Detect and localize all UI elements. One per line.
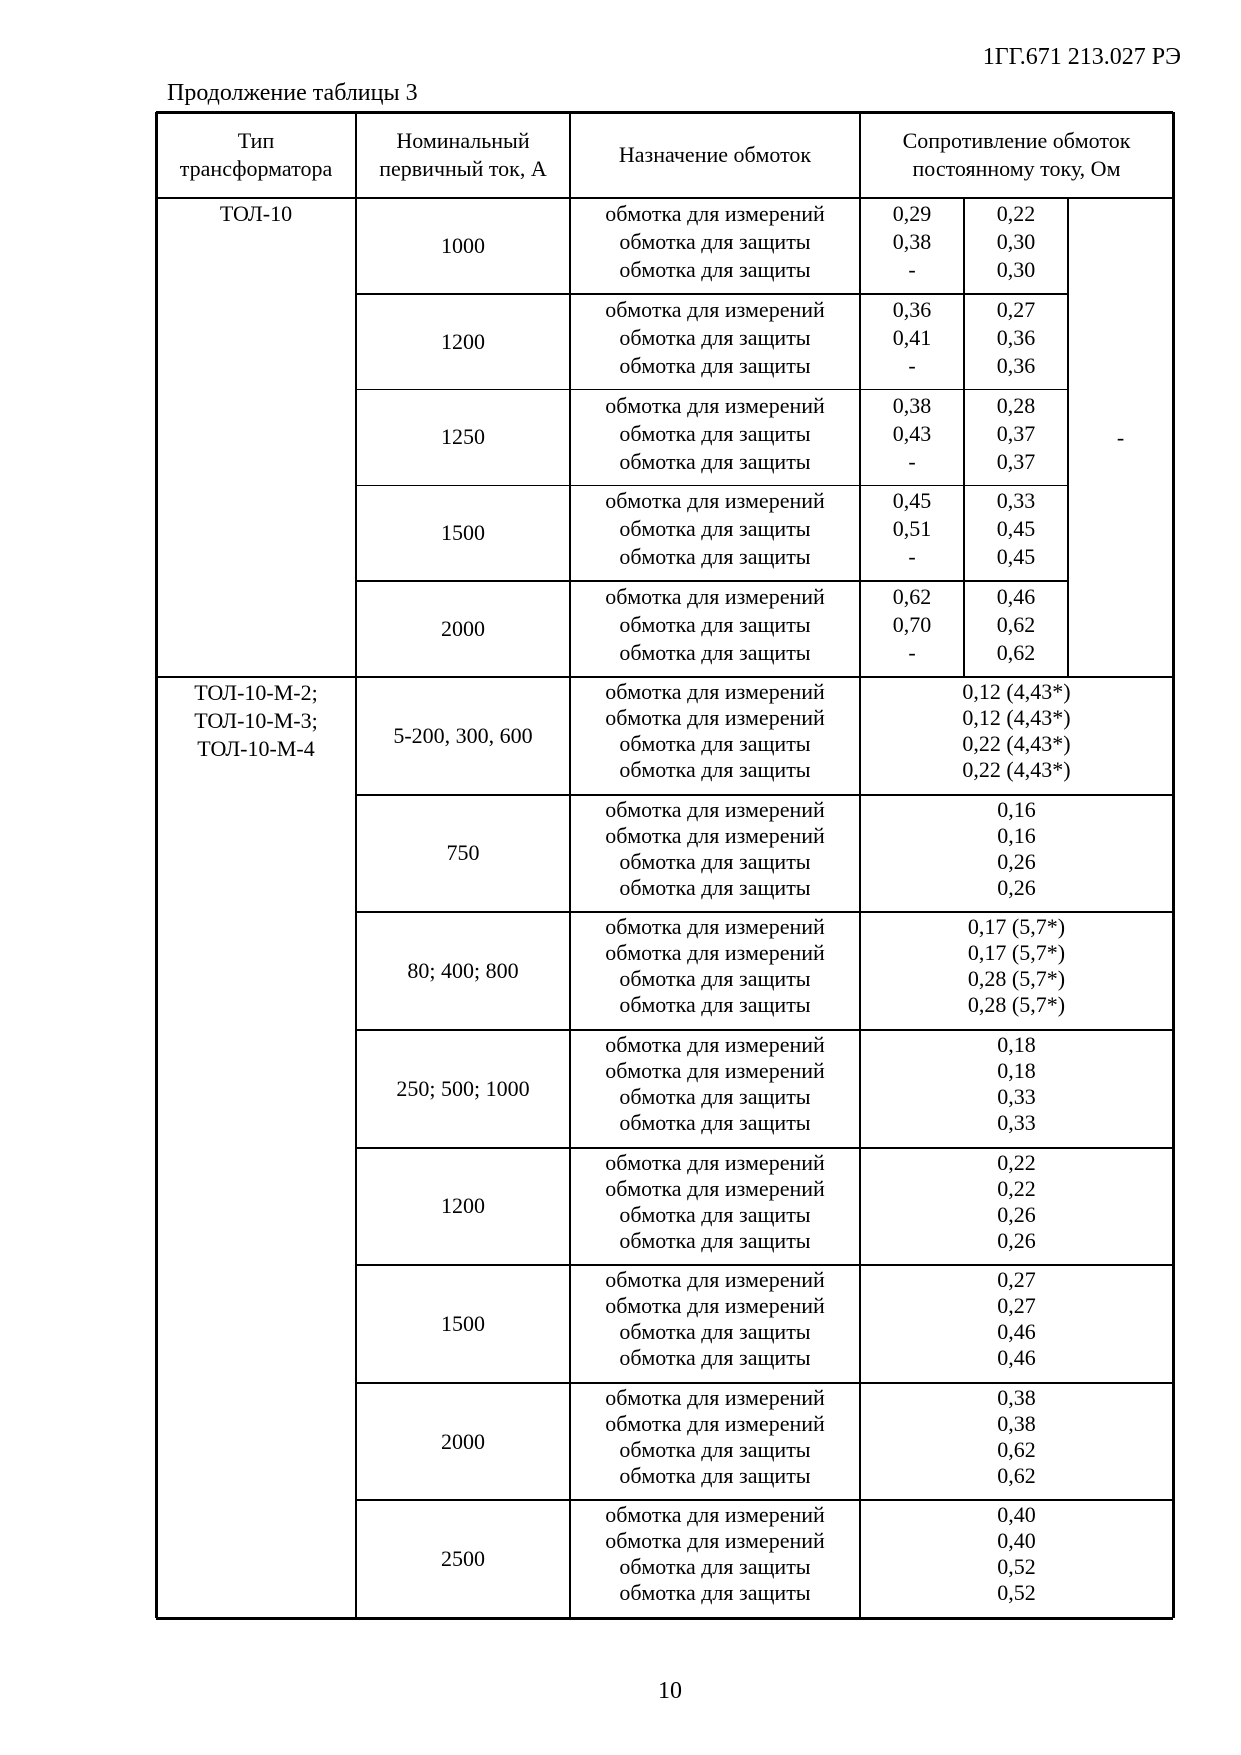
grid-line-h [356, 389, 1068, 391]
cell-line: обмотка для измерений [605, 1058, 825, 1084]
cell-line: 0,27 [997, 1267, 1036, 1293]
cell-line: обмотка для измерений [605, 392, 825, 420]
cell-line: - [908, 543, 915, 571]
cell-line: 0,18 [997, 1058, 1036, 1084]
winding-purpose: обмотка для измеренийобмотка для измерен… [570, 795, 860, 913]
resistance-col-1: 0,620,70- [860, 581, 964, 677]
nominal-current: 1000 [356, 198, 570, 294]
cell-line: 0,16 [997, 797, 1036, 823]
resistance-value: 0,220,220,260,26 [860, 1148, 1173, 1266]
cell-line: обмотка для измерений [605, 679, 825, 705]
cell-line: 0,26 [997, 1202, 1036, 1228]
cell-line: 0,45 [997, 543, 1036, 571]
winding-purpose: обмотка для измеренийобмотка для измерен… [570, 1265, 860, 1383]
cell-line: обмотка для защиты [619, 611, 810, 639]
nominal-current: 250; 500; 1000 [356, 1030, 570, 1148]
resistance-value: 0,400,400,520,52 [860, 1500, 1173, 1618]
cell-line: 0,27 [997, 1293, 1036, 1319]
cell-line: 0,46 [997, 583, 1036, 611]
resistance-value: 0,160,160,260,26 [860, 795, 1173, 913]
cell-line: 0,37 [997, 420, 1036, 448]
grid-line-h [356, 911, 1173, 913]
cell-line: обмотка для измерений [605, 1150, 825, 1176]
cell-line: 0,62 [997, 611, 1036, 639]
cell-line: обмотка для защиты [619, 992, 810, 1018]
winding-purpose: обмотка для измеренийобмотка для измерен… [570, 1030, 860, 1148]
cell-line: обмотка для защиты [619, 1228, 810, 1254]
cell-line: обмотка для защиты [619, 515, 810, 543]
cell-line: 0,62 [997, 1437, 1036, 1463]
cell-line: 0,33 [997, 1084, 1036, 1110]
cell-line: обмотка для защиты [619, 1110, 810, 1136]
cell-line: 0,28 (5,7*) [968, 966, 1065, 992]
cell-line: 0,17 (5,7*) [968, 940, 1065, 966]
cell-line: обмотка для защиты [619, 731, 810, 757]
grid-line-h [156, 111, 1173, 114]
winding-purpose: обмотка для измеренийобмотка для защитыо… [570, 485, 860, 581]
cell-line: 0,43 [893, 420, 932, 448]
cell-line: 0,38 [997, 1411, 1036, 1437]
transformer-type: ТОЛ-10 [156, 198, 356, 677]
resistance-col-1: 0,290,38- [860, 198, 964, 294]
cell-line: обмотка для защиты [619, 352, 810, 380]
grid-line-h [356, 1147, 1173, 1149]
nominal-current: 2500 [356, 1500, 570, 1618]
cell-line: 0,38 [997, 1385, 1036, 1411]
cell-line: обмотка для измерений [605, 1502, 825, 1528]
grid-line-v [1172, 112, 1175, 1618]
cell-line: обмотка для измерений [605, 1267, 825, 1293]
winding-purpose: обмотка для измеренийобмотка для измерен… [570, 1383, 860, 1501]
winding-purpose: обмотка для измеренийобмотка для измерен… [570, 1500, 860, 1618]
page-number: 10 [0, 1678, 1241, 1705]
resistance-value: 0,380,380,620,62 [860, 1383, 1173, 1501]
cell-line: Тип [238, 127, 274, 155]
cell-line: 0,52 [997, 1580, 1036, 1606]
cell-line: обмотка для измерений [605, 200, 825, 228]
cell-line: обмотка для измерений [605, 914, 825, 940]
grid-line-v [355, 112, 358, 1618]
grid-line-h [356, 485, 1068, 487]
nominal-current: 1200 [356, 294, 570, 390]
grid-line-h [156, 197, 1173, 199]
cell-line: 0,28 [997, 392, 1036, 420]
resistance-col-2: 0,460,620,62 [964, 581, 1068, 677]
column-header: Номинальныйпервичный ток, А [356, 112, 570, 198]
resistance-value: 0,17 (5,7*)0,17 (5,7*)0,28 (5,7*)0,28 (5… [860, 912, 1173, 1030]
cell-line: ТОЛ-10-М-2; [194, 679, 318, 707]
cell-line: - [908, 352, 915, 380]
cell-line: 0,16 [997, 823, 1036, 849]
resistance-col-1: 0,450,51- [860, 485, 964, 581]
cell-line: - [908, 448, 915, 476]
winding-purpose: обмотка для измеренийобмотка для защитыо… [570, 581, 860, 677]
cell-line: обмотка для защиты [619, 420, 810, 448]
cell-line: обмотка для защиты [619, 1554, 810, 1580]
cell-line: обмотка для защиты [619, 1345, 810, 1371]
cell-line: 0,33 [997, 487, 1036, 515]
cell-line: 0,36 [893, 296, 932, 324]
grid-line-v [569, 112, 572, 1618]
cell-line: 0,22 [997, 1150, 1036, 1176]
cell-line: - [908, 639, 915, 667]
cell-line: 0,40 [997, 1528, 1036, 1554]
cell-line: обмотка для защиты [619, 849, 810, 875]
document-code: 1ГГ.671 213.027 РЭ [983, 44, 1181, 71]
cell-line: Сопротивление обмоток [903, 127, 1131, 155]
grid-line-h [356, 580, 1068, 582]
cell-line: обмотка для защиты [619, 757, 810, 783]
nominal-current: 5-200, 300, 600 [356, 677, 570, 795]
cell-line: обмотка для защиты [619, 966, 810, 992]
cell-line: 0,46 [997, 1345, 1036, 1371]
winding-purpose: обмотка для измеренийобмотка для измерен… [570, 912, 860, 1030]
cell-line: 0,22 [997, 200, 1036, 228]
cell-line: 0,62 [893, 583, 932, 611]
cell-line: 0,22 (4,43*) [962, 731, 1070, 757]
grid-line-h [356, 293, 1068, 295]
resistance-col-1: 0,360,41- [860, 294, 964, 390]
nominal-current: 750 [356, 795, 570, 913]
cell-line: 0,17 (5,7*) [968, 914, 1065, 940]
cell-line: 0,52 [997, 1554, 1036, 1580]
transformer-type: ТОЛ-10-М-2;ТОЛ-10-М-3;ТОЛ-10-М-4 [156, 677, 356, 1618]
cell-line: обмотка для измерений [605, 1411, 825, 1437]
winding-purpose: обмотка для измеренийобмотка для защитыо… [570, 198, 860, 294]
grid-line-v [1067, 198, 1070, 677]
cell-line: обмотка для защиты [619, 1202, 810, 1228]
cell-line: 0,51 [893, 515, 932, 543]
cell-line: ТОЛ-10-М-4 [197, 735, 314, 763]
cell-line: обмотка для измерений [605, 797, 825, 823]
cell-line: обмотка для измерений [605, 1528, 825, 1554]
resistance-value: 0,180,180,330,33 [860, 1030, 1173, 1148]
nominal-current: 1500 [356, 1265, 570, 1383]
cell-line: 0,45 [997, 515, 1036, 543]
cell-line: 0,18 [997, 1032, 1036, 1058]
cell-line: ТОЛ-10-М-3; [194, 707, 318, 735]
cell-line: 0,12 (4,43*) [962, 705, 1070, 731]
nominal-current: 1250 [356, 390, 570, 486]
cell-line: 0,28 (5,7*) [968, 992, 1065, 1018]
cell-line: трансформатора [180, 155, 332, 183]
resistance-col-2: 0,330,450,45 [964, 485, 1068, 581]
cell-line: обмотка для защиты [619, 875, 810, 901]
cell-line: 0,45 [893, 487, 932, 515]
cell-line: 0,30 [997, 228, 1036, 256]
nominal-current: 2000 [356, 581, 570, 677]
cell-line: обмотка для измерений [605, 1176, 825, 1202]
resistance-value: 0,270,270,460,46 [860, 1265, 1173, 1383]
grid-line-h [356, 1264, 1173, 1266]
cell-line: обмотка для измерений [605, 1032, 825, 1058]
cell-line: 0,33 [997, 1110, 1036, 1136]
grid-line-h [356, 1499, 1173, 1501]
cell-line: обмотка для защиты [619, 1437, 810, 1463]
resistance-table: ТиптрансформатораНоминальныйпервичный то… [156, 112, 1173, 1618]
cell-line: постоянному току, Ом [913, 155, 1121, 183]
cell-line: обмотка для защиты [619, 324, 810, 352]
cell-line: - [908, 256, 915, 284]
cell-line: обмотка для измерений [605, 705, 825, 731]
cell-line: обмотка для защиты [619, 228, 810, 256]
winding-purpose: обмотка для измеренийобмотка для защитыо… [570, 294, 860, 390]
cell-line: обмотка для измерений [605, 1293, 825, 1319]
grid-line-v [963, 198, 966, 677]
grid-line-h [356, 1382, 1173, 1384]
cell-line: обмотка для защиты [619, 256, 810, 284]
cell-line: Назначение обмоток [619, 141, 811, 169]
grid-line-h [356, 1029, 1173, 1031]
cell-line: 0,37 [997, 448, 1036, 476]
nominal-current: 1200 [356, 1148, 570, 1266]
column-header: Типтрансформатора [156, 112, 356, 198]
cell-line: 0,12 (4,43*) [962, 679, 1070, 705]
cell-line: 0,38 [893, 228, 932, 256]
cell-line: 0,27 [997, 296, 1036, 324]
grid-line-h [156, 1617, 1173, 1620]
nominal-current: 1500 [356, 485, 570, 581]
cell-line: 0,70 [893, 611, 932, 639]
cell-line: обмотка для защиты [619, 1084, 810, 1110]
cell-line: 0,46 [997, 1319, 1036, 1345]
cell-line: 0,62 [997, 1463, 1036, 1489]
cell-line: обмотка для измерений [605, 296, 825, 324]
cell-line: первичный ток, А [379, 155, 547, 183]
grid-line-v [859, 112, 862, 1618]
resistance-col-2: 0,280,370,37 [964, 390, 1068, 486]
cell-line: 0,30 [997, 256, 1036, 284]
cell-line: обмотка для измерений [605, 823, 825, 849]
cell-line: обмотка для защиты [619, 543, 810, 571]
cell-line: обмотка для измерений [605, 583, 825, 611]
nominal-current: 2000 [356, 1383, 570, 1501]
cell-line: 0,36 [997, 352, 1036, 380]
cell-line: 0,41 [893, 324, 932, 352]
cell-line: обмотка для защиты [619, 1319, 810, 1345]
cell-line: Номинальный [396, 127, 529, 155]
cell-line: ТОЛ-10 [220, 200, 292, 228]
cell-line: обмотка для измерений [605, 1385, 825, 1411]
cell-line: 0,29 [893, 200, 932, 228]
grid-line-h [356, 794, 1173, 796]
cell-line: обмотка для защиты [619, 1463, 810, 1489]
cell-line: обмотка для измерений [605, 487, 825, 515]
cell-value: - [1117, 424, 1124, 452]
extra-resistance-value: - [1068, 198, 1173, 677]
cell-line: обмотка для защиты [619, 1580, 810, 1606]
winding-purpose: обмотка для измеренийобмотка для измерен… [570, 1148, 860, 1266]
resistance-value: 0,12 (4,43*)0,12 (4,43*)0,22 (4,43*)0,22… [860, 677, 1173, 795]
column-header: Сопротивление обмотокпостоянному току, О… [860, 112, 1173, 198]
column-header: Назначение обмоток [570, 112, 860, 198]
resistance-col-1: 0,380,43- [860, 390, 964, 486]
resistance-col-2: 0,270,360,36 [964, 294, 1068, 390]
grid-line-v [155, 112, 158, 1618]
resistance-col-2: 0,220,300,30 [964, 198, 1068, 294]
cell-line: обмотка для защиты [619, 639, 810, 667]
cell-line: 0,22 (4,43*) [962, 757, 1070, 783]
cell-line: обмотка для защиты [619, 448, 810, 476]
winding-purpose: обмотка для измеренийобмотка для измерен… [570, 677, 860, 795]
table-caption: Продолжение таблицы 3 [167, 80, 418, 107]
cell-line: 0,36 [997, 324, 1036, 352]
cell-line: обмотка для измерений [605, 940, 825, 966]
cell-line: 0,26 [997, 875, 1036, 901]
cell-line: 0,26 [997, 1228, 1036, 1254]
winding-purpose: обмотка для измеренийобмотка для защитыо… [570, 390, 860, 486]
cell-line: 0,26 [997, 849, 1036, 875]
nominal-current: 80; 400; 800 [356, 912, 570, 1030]
cell-line: 0,62 [997, 639, 1036, 667]
cell-line: 0,22 [997, 1176, 1036, 1202]
cell-line: 0,40 [997, 1502, 1036, 1528]
cell-line: 0,38 [893, 392, 932, 420]
